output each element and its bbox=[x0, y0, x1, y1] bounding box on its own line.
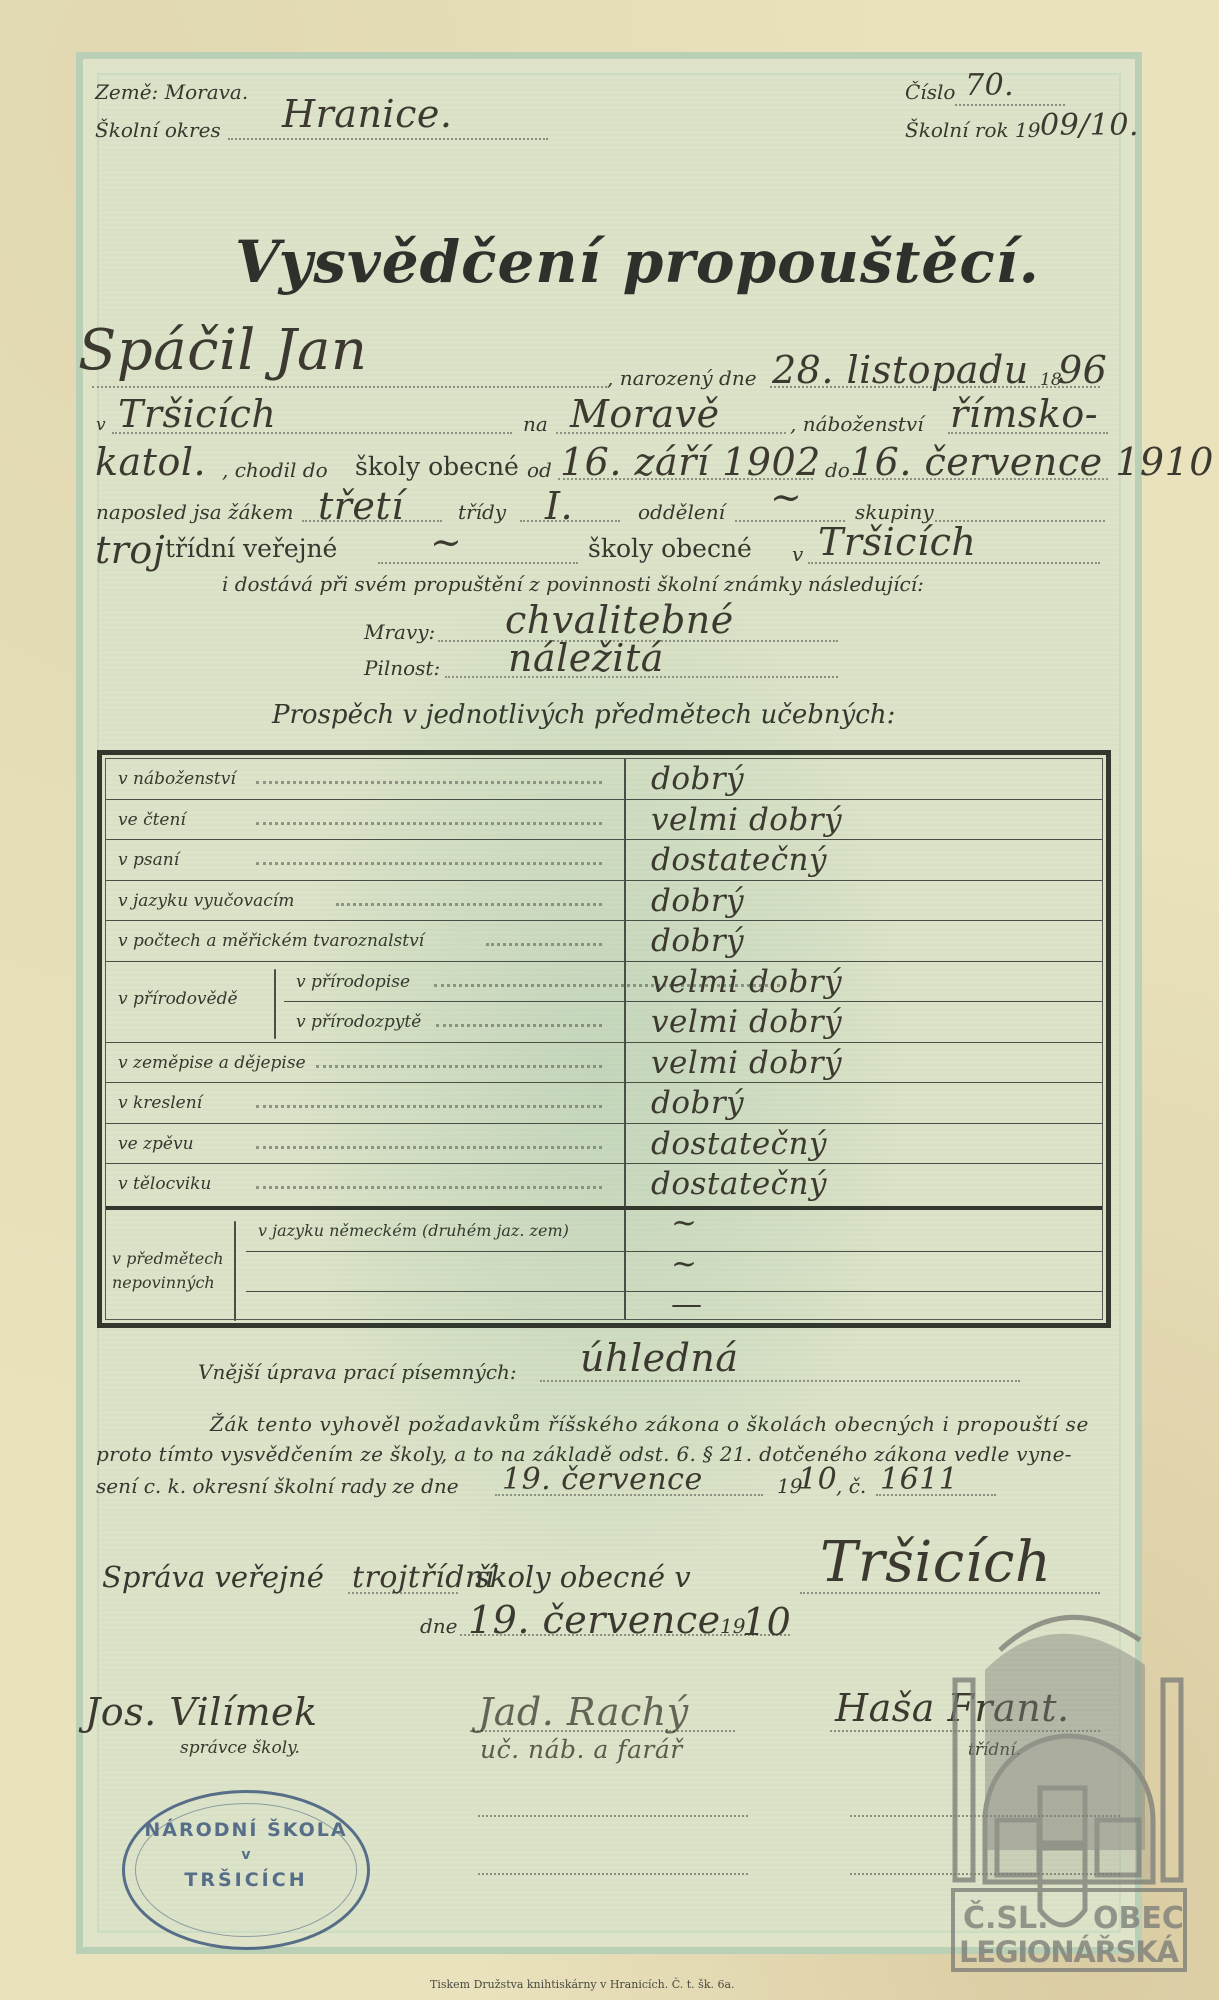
blank-signature-line-1 bbox=[478, 1815, 748, 1817]
school-place-value: Tršicích bbox=[818, 520, 976, 564]
grade-value: dobrý bbox=[651, 1085, 744, 1121]
diligence-label: Pilnost: bbox=[364, 656, 440, 680]
subject-label: v jazyku německém (druhém jaz. zem) bbox=[258, 1221, 569, 1240]
conduct-label: Mravy: bbox=[364, 620, 435, 644]
department-value: ~ bbox=[770, 475, 802, 519]
student-name: Spáčil Jan bbox=[78, 318, 367, 383]
role-teacher: uč. náb. a farář bbox=[480, 1735, 683, 1764]
stamp-top-text: NÁRODNÍ ŠKOLA bbox=[125, 1819, 367, 1841]
religion-label: , náboženství bbox=[790, 412, 924, 436]
subject-label: v náboženství bbox=[118, 769, 236, 789]
school-obecne-label: školy obecné bbox=[588, 534, 752, 563]
attended-label: , chodil do bbox=[222, 458, 328, 482]
place-prefix: v bbox=[96, 415, 106, 435]
legion-watermark: Č.SL. OBEC LEGIONÁŘSKÁ bbox=[945, 1610, 1193, 1978]
district-label: Školní okres bbox=[95, 118, 221, 142]
born-label: , narozený dne bbox=[607, 366, 757, 390]
written-work-dotted-line bbox=[540, 1380, 1020, 1382]
to-date: 16. července 1910 bbox=[850, 440, 1214, 484]
grade-value: — bbox=[671, 1286, 703, 1322]
blank-signature-line-3 bbox=[478, 1873, 748, 1875]
grade-value: ~ bbox=[671, 1246, 697, 1282]
grades-heading: Prospěch v jednotlivých předmětech učebn… bbox=[272, 700, 895, 730]
legionnaire-emblem-icon: Č.SL. OBEC LEGIONÁŘSKÁ bbox=[945, 1610, 1193, 1978]
school-type-dotted-line bbox=[378, 562, 578, 564]
stamp-bottom-text: TRŠICÍCH bbox=[125, 1869, 367, 1891]
grade-value: velmi dobrý bbox=[651, 1004, 842, 1040]
grade-value: dostatečný bbox=[651, 1166, 827, 1202]
grade-value: dobrý bbox=[651, 923, 744, 959]
subject-label: v zeměpise a dějepise bbox=[118, 1053, 306, 1073]
school-type-label: třídní veřejné bbox=[165, 534, 337, 563]
table-row: v přírodopise velmi dobrý bbox=[284, 962, 1102, 1003]
signature-teacher: Jad. Rachý bbox=[478, 1690, 689, 1734]
grade-value: velmi dobrý bbox=[651, 964, 842, 1000]
from-label: od bbox=[527, 458, 552, 482]
issue-date: 19. července bbox=[468, 1598, 721, 1642]
birth-place: Tršicích bbox=[118, 392, 276, 436]
table-row: v náboženství dobrý bbox=[106, 759, 1102, 800]
subject-label: ve zpěvu bbox=[118, 1134, 194, 1154]
grade-value: dostatečný bbox=[651, 1126, 827, 1162]
svg-text:LEGIONÁŘSKÁ: LEGIONÁŘSKÁ bbox=[959, 1935, 1180, 1969]
intro-line: i dostává při svém propuštění z povinnos… bbox=[222, 572, 924, 596]
class-label: třídy bbox=[458, 500, 506, 524]
admin-label-1: Správa veřejné bbox=[102, 1560, 324, 1594]
birth-land: Moravě bbox=[570, 392, 720, 436]
district-dotted-line bbox=[228, 138, 548, 140]
subject-label: v přírodozpytě bbox=[296, 1012, 421, 1032]
to-label: do bbox=[825, 458, 850, 482]
legal-text-line-3: sení c. k. okresní školní rady ze dne bbox=[96, 1474, 459, 1498]
decree-date: 19. července bbox=[502, 1462, 703, 1497]
stamp-middle-text: v bbox=[125, 1847, 367, 1863]
school-v-label: v bbox=[792, 542, 803, 566]
grade-value: velmi dobrý bbox=[651, 802, 842, 838]
subject-label: v přírodopise bbox=[296, 972, 410, 992]
number-label: Číslo bbox=[905, 80, 955, 104]
decree-year: 10 bbox=[798, 1462, 837, 1497]
table-row: v počtech a měřickém tvaroznalství dobrý bbox=[106, 921, 1102, 962]
optional-bracket bbox=[234, 1221, 236, 1321]
admin-place: Tršicích bbox=[820, 1530, 1051, 1595]
land-label: Země: Morava. bbox=[95, 80, 248, 104]
school-type-value: troj bbox=[95, 528, 165, 572]
school-stamp: NÁRODNÍ ŠKOLA v TRŠICÍCH bbox=[122, 1790, 370, 1950]
admin-label-2: školy obecné v bbox=[475, 1560, 691, 1594]
last-class-value: třetí bbox=[318, 484, 404, 528]
born-year: 96 bbox=[1058, 348, 1107, 392]
number-value: 70. bbox=[965, 68, 1014, 103]
written-work-label: Vnější úprava prací písemných: bbox=[198, 1360, 517, 1384]
table-row: v jazyku vyučovacím dobrý bbox=[106, 881, 1102, 922]
optional-group-label-1: v předmětech bbox=[112, 1249, 224, 1268]
last-class-label: naposled jsa žákem bbox=[96, 500, 293, 524]
decree-number: 1611 bbox=[880, 1462, 958, 1497]
admin-school-type: trojtřídní bbox=[352, 1560, 495, 1595]
land-prefix: na bbox=[523, 412, 548, 436]
printer-imprint: Tiskem Družstva knihtiskárny v Hranicích… bbox=[430, 1978, 735, 1991]
grade-value: dobrý bbox=[651, 761, 744, 797]
legal-text-line-1: Žák tento vyhověl požadavkům říšského zá… bbox=[210, 1412, 1089, 1436]
district-value: Hranice. bbox=[282, 92, 452, 136]
grade-value: ~ bbox=[671, 1205, 697, 1241]
table-row: v kreslení dobrý bbox=[106, 1083, 1102, 1124]
department-label: oddělení bbox=[638, 500, 725, 524]
subject-label: ve čtení bbox=[118, 810, 186, 830]
name-dotted-line bbox=[92, 386, 607, 388]
number-dotted-line bbox=[955, 104, 1065, 106]
table-row: ve čtení velmi dobrý bbox=[106, 800, 1102, 841]
school-label: školy obecné bbox=[355, 452, 519, 481]
grade-value: velmi dobrý bbox=[651, 1045, 842, 1081]
subject-label: v kreslení bbox=[118, 1093, 202, 1113]
table-row: v tělocviku dostatečný bbox=[106, 1164, 1102, 1205]
svg-text:Č.SL.: Č.SL. bbox=[963, 1899, 1049, 1936]
subject-label: v psaní bbox=[118, 850, 179, 870]
religion-value-2: katol. bbox=[95, 440, 206, 484]
optional-group-label-2: nepovinných bbox=[112, 1273, 215, 1292]
optional-section-divider bbox=[106, 1206, 1102, 1210]
school-type-dash: ~ bbox=[430, 520, 462, 564]
class-value: I. bbox=[545, 484, 573, 528]
issue-year: 10 bbox=[742, 1600, 791, 1644]
svg-text:OBEC: OBEC bbox=[1093, 1901, 1184, 1936]
natural-science-group-label: v přírodovědě bbox=[118, 989, 238, 1009]
school-year-label: Školní rok 19 bbox=[905, 118, 1040, 142]
grade-value: dobrý bbox=[651, 883, 744, 919]
grade-value: dostatečný bbox=[651, 842, 827, 878]
born-date: 28. listopadu bbox=[772, 348, 1029, 392]
natural-science-bracket bbox=[274, 969, 276, 1039]
document-title: Vysvědčení propouštěcí. bbox=[235, 228, 1040, 296]
issue-date-label: dne bbox=[420, 1614, 458, 1638]
table-row: v přírodozpytě velmi dobrý bbox=[106, 1002, 1102, 1043]
signature-principal: Jos. Vilímek bbox=[85, 1690, 318, 1734]
grades-table: v náboženství dobrý ve čtení velmi dobrý… bbox=[97, 750, 1111, 1328]
religion-value-1: římsko- bbox=[950, 392, 1098, 436]
table-row: — bbox=[246, 1292, 1102, 1333]
school-year-value: 09/10. bbox=[1040, 108, 1139, 143]
decree-number-label: , č. bbox=[836, 1474, 866, 1498]
subject-label: v počtech a měřickém tvaroznalství bbox=[118, 931, 424, 951]
table-row: v zeměpise a dějepise velmi dobrý bbox=[106, 1043, 1102, 1084]
table-row: v psaní dostatečný bbox=[106, 840, 1102, 881]
subject-label: v tělocviku bbox=[118, 1174, 211, 1194]
subject-label: v jazyku vyučovacím bbox=[118, 891, 294, 911]
table-row: ve zpěvu dostatečný bbox=[106, 1124, 1102, 1165]
role-principal: správce školy. bbox=[180, 1738, 300, 1758]
diligence-value: náležitá bbox=[508, 636, 664, 680]
written-work-value: úhledná bbox=[580, 1336, 739, 1380]
